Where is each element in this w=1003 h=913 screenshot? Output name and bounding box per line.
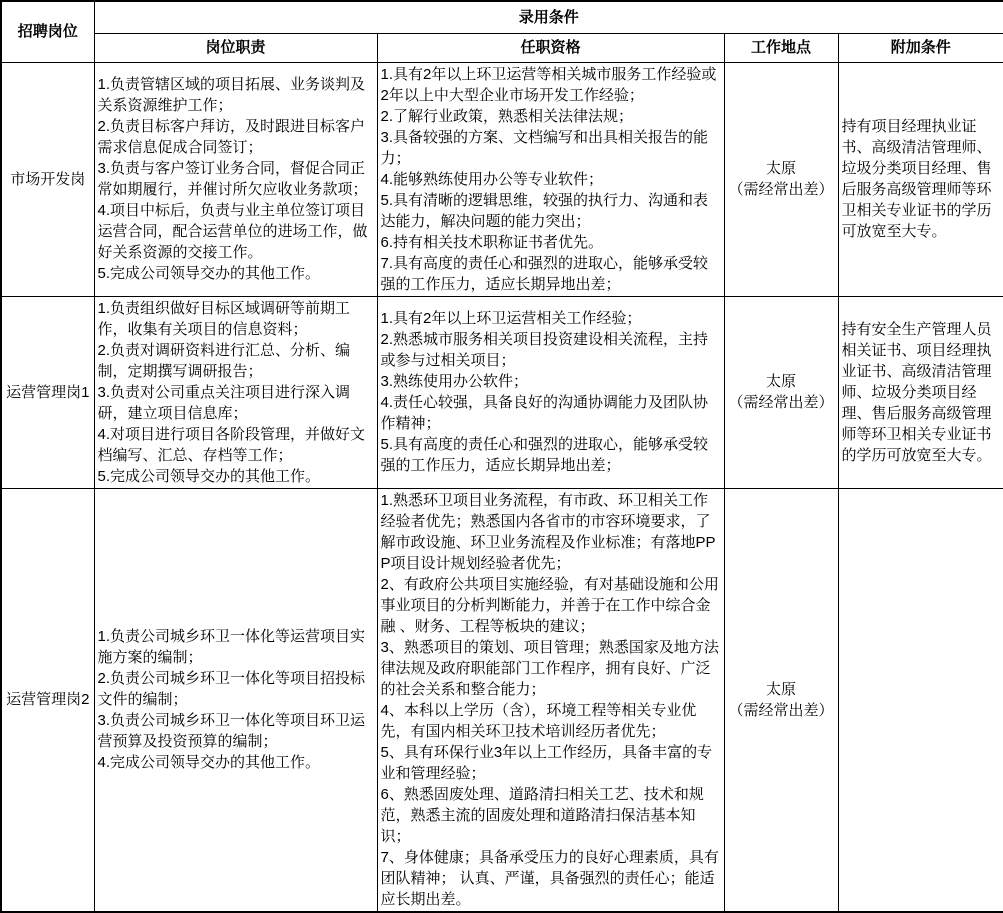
header-row-2: 岗位职责 任职资格 工作地点 附加条件 xyxy=(1,33,1003,62)
position-duties: 1.负责公司城乡环卫一体化等运营项目实施方案的编制； 2.负责公司城乡环卫一体化… xyxy=(94,488,377,912)
position-location: 太原 （需经常出差） xyxy=(724,296,838,488)
position-location: 太原 （需经常出差） xyxy=(724,488,838,912)
header-conditions: 录用条件 xyxy=(94,1,1003,33)
header-location: 工作地点 xyxy=(724,33,838,62)
position-qualifications: 1.具有2年以上环卫运营相关工作经验； 2.熟悉城市服务相关项目投资建设相关流程… xyxy=(377,296,724,488)
header-additional: 附加条件 xyxy=(838,33,1003,62)
header-position: 招聘岗位 xyxy=(1,1,94,62)
position-additional: 持有安全生产管理人员相关证书、项目经理执业证书、高级清洁管理师、垃圾分类项目经理… xyxy=(838,296,1003,488)
table-row-market-dev: 市场开发岗 1.负责管辖区域的项目拓展、业务谈判及关系资源维护工作； 2.负责目… xyxy=(1,62,1003,296)
recruitment-conditions-table: 招聘岗位 录用条件 岗位职责 任职资格 工作地点 附加条件 市场开发岗 1.负责… xyxy=(0,0,1003,913)
position-duties: 1.负责组织做好目标区域调研等前期工作，收集有关项目的信息资料； 2.负责对调研… xyxy=(94,296,377,488)
position-name: 运营管理岗2 xyxy=(1,488,94,912)
position-qualifications: 1.熟悉环卫项目业务流程，有市政、环卫相关工作经验者优先；熟悉国内各省市的市容环… xyxy=(377,488,724,912)
header-row-1: 招聘岗位 录用条件 xyxy=(1,1,1003,33)
position-location: 太原 （需经常出差） xyxy=(724,62,838,296)
table-row-operations-2: 运营管理岗2 1.负责公司城乡环卫一体化等运营项目实施方案的编制； 2.负责公司… xyxy=(1,488,1003,912)
position-name: 运营管理岗1 xyxy=(1,296,94,488)
position-duties: 1.负责管辖区域的项目拓展、业务谈判及关系资源维护工作； 2.负责目标客户拜访，… xyxy=(94,62,377,296)
position-additional: 持有项目经理执业证书、高级清洁管理师、垃圾分类项目经理、售后服务高级管理师等环卫… xyxy=(838,62,1003,296)
position-name: 市场开发岗 xyxy=(1,62,94,296)
header-duties: 岗位职责 xyxy=(94,33,377,62)
position-additional xyxy=(838,488,1003,912)
table-row-operations-1: 运营管理岗1 1.负责组织做好目标区域调研等前期工作，收集有关项目的信息资料； … xyxy=(1,296,1003,488)
position-qualifications: 1.具有2年以上环卫运营等相关城市服务工作经验或2年以上中大型企业市场开发工作经… xyxy=(377,62,724,296)
header-qualifications: 任职资格 xyxy=(377,33,724,62)
